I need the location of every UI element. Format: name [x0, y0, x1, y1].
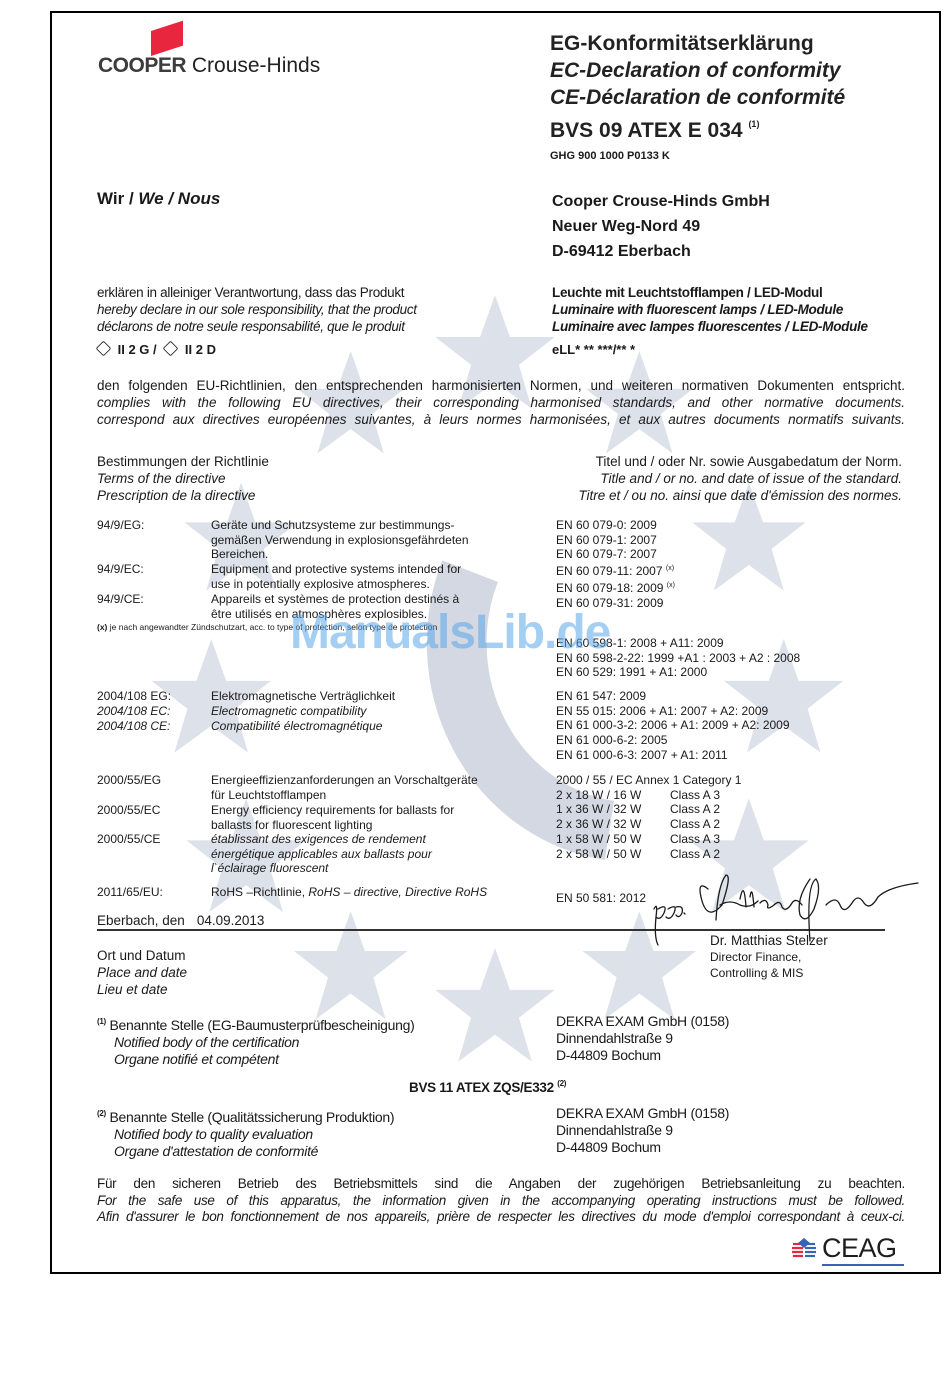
standard-item: EN 60 598-2-22: 1999 +A1 : 2003 + A2 : 2… [556, 651, 800, 666]
standard-item: EN 61 000-6-2: 2005 [556, 733, 790, 748]
standard-item: EN 61 547: 2009 [556, 689, 790, 704]
footnote-text: je nach angewandter Zündschutzart, acc. … [110, 622, 437, 632]
directive-row: 2004/108 EC: Electromagnetic compatibili… [97, 704, 170, 719]
date: 04.09.2013 [197, 913, 265, 928]
directive-text: Energy efficiency requirements for balla… [211, 803, 454, 818]
declaration-document: COOPER Crouse-Hinds EG-Konformitätserklä… [50, 11, 941, 1274]
directive-row: 2000/55/EC Energy efficiency requirement… [97, 803, 160, 818]
complies-en: complies with the following EU directive… [97, 394, 905, 411]
standard-item: EN 60 079-1: 2007 [556, 533, 675, 548]
nb2-fr: Organe d'attestation de conformité [97, 1143, 394, 1160]
directive-code: 2004/108 CE: [97, 719, 170, 733]
logo-flag-icon [151, 21, 183, 56]
standard-item: EN 60 079-18: 2009 (x) [556, 579, 675, 596]
directive-row: 94/9/CE: Appareils et systèmes de protec… [97, 592, 144, 607]
place-and-date: Eberbach, den04.09.2013 [97, 913, 264, 928]
notified-body-certification: (1) Benannte Stelle (EG-Baumusterprüfbes… [97, 1013, 414, 1068]
directive-text: use in potentially explosive atmospheres… [211, 577, 461, 592]
certificate-number: BVS 09 ATEX E 034 (1) [550, 111, 845, 144]
directive-code: 2000/55/EC [97, 803, 160, 817]
footnote-mark: (x) [97, 622, 107, 632]
ex-hexagon-icon [96, 341, 112, 357]
terms-fr: Prescription de la directive [97, 487, 269, 504]
safety-de: Für den sicheren Betrieb des Betriebsmit… [97, 1176, 905, 1193]
directive-row: 94/9/EC: Equipment and protective system… [97, 562, 144, 577]
ceag-logo: CEAG [790, 1233, 897, 1263]
directive-text: ballasts for fluorescent lighting [211, 818, 454, 833]
document-number: GHG 900 1000 P0133 K [550, 150, 670, 162]
directive-text: Bereichen. [211, 547, 469, 562]
footnote-mark: (2) [97, 1109, 106, 1118]
standard-item: EN 60 079-31: 2009 [556, 596, 675, 611]
atex-marking: II 2 G / II 2 D [97, 342, 216, 357]
safety-en: For the safe use of this apparatus, the … [97, 1193, 905, 1210]
terms-de: Bestimmungen der Richtlinie [97, 453, 269, 470]
standard-item: EN 60 079-7: 2007 [556, 547, 675, 562]
standard-item: EN 60 598-1: 2008 + A11: 2009 [556, 636, 800, 651]
marking-gas: II 2 G / [118, 342, 157, 357]
standard-item: EN 61 000-6-3: 2007 + A1: 2011 [556, 748, 790, 763]
product-description: Leuchte mit Leuchtstofflampen / LED-Modu… [552, 284, 868, 335]
ceag-underline [822, 1264, 904, 1266]
titles-en: Title and / or no. and date of issue of … [578, 470, 902, 487]
place-date-labels: Ort und Datum Place and date Lieu et dat… [97, 947, 187, 998]
directive-code: 94/9/EG: [97, 518, 144, 532]
signer-role: Director Finance, [710, 949, 828, 965]
standard-item: EN 60 079-11: 2007 (x) [556, 562, 675, 579]
titles-header: Titel und / oder Nr. sowie Ausgabedatum … [578, 453, 902, 504]
logo-brand-rest: Crouse-Hinds [192, 54, 320, 77]
table-row: 2 x 58 W / 50 WClass A 2 [556, 847, 720, 862]
table-row: 2 x 18 W / 16 WClass A 3 [556, 788, 720, 803]
declarant-label-de: Wir / [97, 189, 134, 208]
directive-row: 2000/55/CE établissant des exigences de … [97, 832, 160, 847]
qa-certificate-id: BVS 11 ATEX ZQS/E332 [409, 1080, 554, 1095]
energy-class-table: 2 x 18 W / 16 WClass A 3 1 x 36 W / 32 W… [556, 788, 720, 862]
title-en: EC-Declaration of conformity [550, 57, 845, 84]
directive-text: Electromagnetic compatibility [211, 704, 366, 719]
nb1-street: Dinnendahlstraße 9 [556, 1030, 729, 1047]
safety-standards-list: EN 60 598-1: 2008 + A11: 2009 EN 60 598-… [556, 636, 800, 680]
directive-text: Appareils et systèmes de protection dest… [211, 592, 459, 607]
directive-text: gemäßen Verwendung in explosionsgefährde… [211, 533, 469, 548]
nb2-de: Benannte Stelle (Qualitätssicherung Prod… [109, 1109, 394, 1125]
directive-code: 2004/108 EG: [97, 689, 171, 703]
atex-standards-list: EN 60 079-0: 2009 EN 60 079-1: 2007 EN 6… [556, 518, 675, 610]
place: Eberbach, den [97, 913, 185, 928]
rohs-en: RoHS – directive, [308, 885, 405, 899]
product-en: Luminaire with fluorescent lamps / LED-M… [552, 301, 868, 318]
terms-header: Bestimmungen der Richtlinie Terms of the… [97, 453, 269, 504]
standard-item: EN 60 529: 1991 + A1: 2000 [556, 665, 800, 680]
nb2-street: Dinnendahlstraße 9 [556, 1122, 729, 1139]
nb2-city: D-44809 Bochum [556, 1139, 729, 1156]
product-de: Leuchte mit Leuchtstofflampen / LED-Modu… [552, 284, 868, 301]
directive-text: Energieeffizienzanforderungen an Vorscha… [211, 773, 478, 788]
title-block: EG-Konformitätserklärung EC-Declaration … [550, 30, 845, 144]
terms-en: Terms of the directive [97, 470, 269, 487]
directive-code: 2004/108 EC: [97, 704, 170, 718]
directive-row: 2004/108 EG: Elektromagnetische Verträgl… [97, 689, 171, 704]
notified-body-address: DEKRA EXAM GmbH (0158) Dinnendahlstraße … [556, 1105, 729, 1156]
directive-row: 2011/65/EU: RoHS –Richtlinie, RoHS – dir… [97, 885, 163, 900]
compliance-statement: den folgenden EU-Richtlinien, den entspr… [97, 377, 905, 428]
complies-de: den folgenden EU-Richtlinien, den entspr… [97, 377, 905, 394]
table-row: 1 x 58 W / 50 WClass A 3 [556, 832, 720, 847]
directive-code: 94/9/EC: [97, 562, 144, 576]
directive-text: Compatibilité électromagnétique [211, 719, 382, 734]
certificate-id: BVS 09 ATEX E 034 [550, 119, 743, 142]
company-street: Neuer Weg-Nord 49 [552, 214, 770, 239]
notified-body-address: DEKRA EXAM GmbH (0158) Dinnendahlstraße … [556, 1013, 729, 1064]
directive-row: 94/9/EG: Geräte und Schutzsysteme zur be… [97, 518, 144, 533]
directive-text: Geräte und Schutzsysteme zur bestimmungs… [211, 518, 469, 533]
place-label-de: Ort und Datum [97, 947, 187, 964]
standard-item: EN 60 079-0: 2009 [556, 518, 675, 533]
certificate-ref: (1) [748, 119, 759, 129]
declaration-fr: déclarons de notre seule responsabilité,… [97, 318, 417, 335]
product-type-code: eLL* ** ***/** * [552, 342, 635, 357]
directive-code: 2011/65/EU: [97, 885, 163, 899]
directive-code: 94/9/CE: [97, 592, 144, 606]
ceag-logo-text: CEAG [822, 1233, 897, 1263]
standard-item: EN 55 015: 2006 + A1: 2007 + A2: 2009 [556, 704, 790, 719]
safety-fr: Afin d'assurer le bon fonctionnement de … [97, 1209, 905, 1226]
directive-text: énergétique applicables aux ballasts pou… [211, 847, 432, 862]
declaration-de: erklären in alleiniger Verantwortung, da… [97, 284, 417, 301]
nb1-en: Notified body of the certification [97, 1034, 414, 1051]
emc-standards-list: EN 61 547: 2009 EN 55 015: 2006 + A1: 20… [556, 689, 790, 763]
rohs-fr: Directive RoHS [405, 885, 487, 899]
rohs-standard: EN 50 581: 2012 [556, 891, 646, 906]
directive-code: 2000/55/CE [97, 832, 160, 846]
declaration-statement: erklären in alleiniger Verantwortung, da… [97, 284, 417, 335]
table-row: 1 x 36 W / 32 WClass A 2 [556, 802, 720, 817]
signer-role: Controlling & MIS [710, 965, 828, 981]
directive-row: 2004/108 CE: Compatibilité électromagnét… [97, 719, 170, 734]
nb2-en: Notified body to quality evaluation [97, 1126, 394, 1143]
footnote-mark: (1) [97, 1017, 106, 1026]
notified-body-quality: (2) Benannte Stelle (Qualitätssicherung … [97, 1105, 394, 1160]
energy-class-list: 2000 / 55 / EC Annex 1 Category 1 2 x 18… [556, 773, 741, 861]
directive-text: être utilisés en atmosphères explosibles… [211, 607, 459, 622]
ceag-cube-icon [790, 1235, 818, 1263]
declaration-en: hereby declare in our sole responsibilit… [97, 301, 417, 318]
place-label-fr: Lieu et date [97, 981, 187, 998]
directive-text: établissant des exigences de rendement [211, 832, 432, 847]
protection-type-footnote: (x) je nach angewandter Zündschutzart, a… [97, 622, 437, 632]
standard-item: EN 61 000-3-2: 2006 + A1: 2009 + A2: 200… [556, 718, 790, 733]
title-fr: CE-Déclaration de conformité [550, 84, 845, 111]
annex-label: 2000 / 55 / EC Annex 1 Category 1 [556, 773, 741, 788]
declarant-label-en: We / [138, 189, 173, 208]
table-row: 2 x 36 W / 32 WClass A 2 [556, 817, 720, 832]
rohs-de: RoHS –Richtlinie, [211, 885, 308, 899]
ex-hexagon-icon [163, 341, 179, 357]
marking-dust: II 2 D [185, 342, 216, 357]
directive-text: für Leuchtstofflampen [211, 788, 478, 803]
nb1-name: DEKRA EXAM GmbH (0158) [556, 1013, 729, 1030]
directive-row: 2000/55/EG Energieeffizienzanforderungen… [97, 773, 161, 788]
company-address: Cooper Crouse-Hinds GmbH Neuer Weg-Nord … [552, 189, 770, 264]
declarant-label: Wir / We / Nous [97, 189, 220, 209]
company-name: Cooper Crouse-Hinds GmbH [552, 189, 770, 214]
safety-notice: Für den sicheren Betrieb des Betriebsmit… [97, 1176, 905, 1226]
nb1-de: Benannte Stelle (EG-Baumusterprüfbeschei… [109, 1017, 414, 1033]
nb1-fr: Organe notifié et compétent [97, 1051, 414, 1068]
handwritten-signature [650, 869, 920, 949]
nb1-city: D-44809 Bochum [556, 1047, 729, 1064]
titles-fr: Titre et / ou no. ainsi que date d'émiss… [578, 487, 902, 504]
title-de: EG-Konformitätserklärung [550, 30, 845, 57]
product-fr: Luminaire avec lampes fluorescentes / LE… [552, 318, 868, 335]
place-label-en: Place and date [97, 964, 187, 981]
declarant-label-fr: Nous [178, 189, 221, 208]
directive-text: l`éclairage fluorescent [211, 861, 432, 876]
company-city: D-69412 Eberbach [552, 239, 770, 264]
qa-certificate-ref: (2) [557, 1079, 566, 1088]
nb2-name: DEKRA EXAM GmbH (0158) [556, 1105, 729, 1122]
logo-brand-bold: COOPER [98, 54, 186, 77]
titles-de: Titel und / oder Nr. sowie Ausgabedatum … [578, 453, 902, 470]
directive-text: Elektromagnetische Verträglichkeit [211, 689, 395, 704]
complies-fr: correspond aux directives européennes su… [97, 411, 905, 428]
qa-certificate: BVS 11 ATEX ZQS/E332 (2) [409, 1079, 566, 1095]
directive-code: 2000/55/EG [97, 773, 161, 787]
directive-text: Equipment and protective systems intende… [211, 562, 461, 577]
